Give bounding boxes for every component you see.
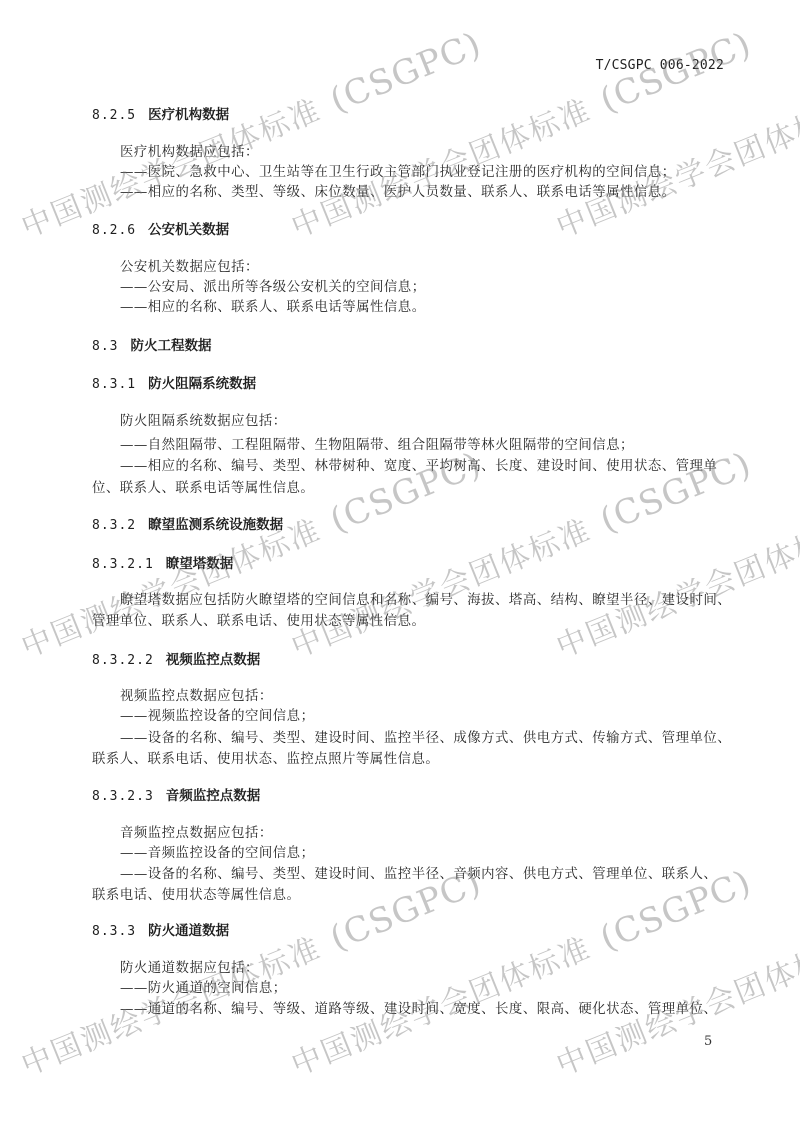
list-item: ——相应的名称、类型、等级、床位数量、医护人员数量、联系人、联系电话等属性信息。 (120, 181, 676, 200)
section-title: 医疗机构数据 (148, 107, 229, 123)
page-number: 5 (704, 1034, 712, 1049)
section-title: 音频监控点数据 (166, 788, 261, 804)
list-item: ——视频监控设备的空间信息； (120, 705, 314, 724)
section-title: 防火通道数据 (148, 923, 229, 939)
paragraph-line: 瞭望塔数据应包括防火瞭望塔的空间信息和名称、编号、海拔、塔高、结构、瞭望半径、建… (120, 589, 731, 608)
list-item: ——防火通道的空间信息； (120, 977, 287, 996)
list-item-continuation: 联系电话、使用状态等属性信息。 (92, 884, 300, 903)
document-page: T/CSGPC 006-2022 8.2.5医疗机构数据 医疗机构数据应包括： … (0, 0, 800, 1131)
watermark: 中国测绘学会团体标准(CSGPC) (284, 441, 757, 666)
section-title: 视频监控点数据 (166, 652, 261, 668)
section-heading-8-3-1: 8.3.1防火阻隔系统数据 (92, 372, 256, 392)
section-title: 瞭望塔数据 (166, 556, 234, 572)
watermark: 中国测绘学会团体标准(CSGPC) (14, 441, 487, 666)
section-title: 公安机关数据 (148, 222, 229, 238)
section-number: 8.3.2 (92, 518, 136, 533)
watermark: 中国测绘学会团体标准(CSGPC) (284, 859, 757, 1084)
list-item: ——通道的名称、编号、等级、道路等级、建设时间、宽度、长度、限高、硬化状态、管理… (120, 998, 717, 1017)
section-heading-8-3-2: 8.3.2瞭望监测系统设施数据 (92, 513, 283, 533)
paragraph-line: 防火阻隔系统数据应包括： (120, 410, 287, 429)
paragraph-line: 防火通道数据应包括： (120, 957, 259, 976)
section-title: 防火工程数据 (130, 338, 211, 354)
section-number: 8.3.3 (92, 924, 136, 939)
section-number: 8.2.6 (92, 223, 136, 238)
section-number: 8.3.1 (92, 377, 136, 392)
list-item: ——自然阻隔带、工程阻隔带、生物阻隔带、组合阻隔带等林火阻隔带的空间信息； (120, 434, 634, 453)
watermark: 中国测绘学会团体标准(CSGPC) (549, 859, 800, 1084)
paragraph-line: 公安机关数据应包括： (120, 256, 259, 275)
paragraph-line: 医疗机构数据应包括： (120, 141, 259, 160)
section-number: 8.3 (92, 339, 118, 354)
list-item: ——设备的名称、编号、类型、建设时间、监控半径、成像方式、供电方式、传输方式、管… (120, 727, 731, 746)
section-heading-8-2-6: 8.2.6公安机关数据 (92, 218, 229, 238)
watermark: 中国测绘学会团体标准(CSGPC) (549, 441, 800, 666)
list-item: ——音频监控设备的空间信息； (120, 842, 314, 861)
section-title: 防火阻隔系统数据 (148, 376, 256, 392)
section-heading-8-2-5: 8.2.5医疗机构数据 (92, 103, 229, 123)
section-heading-8-3-2-1: 8.3.2.1瞭望塔数据 (92, 552, 233, 572)
list-item: ——医院、急救中心、卫生站等在卫生行政主管部门执业登记注册的医疗机构的空间信息； (120, 161, 676, 180)
list-item-continuation: 联系人、联系电话、使用状态、监控点照片等属性信息。 (92, 748, 439, 767)
document-id: T/CSGPC 006-2022 (596, 58, 724, 73)
watermark: 中国测绘学会团体标准(CSGPC) (284, 21, 757, 246)
watermark: 中国测绘学会团体标准(CSGPC) (549, 21, 800, 246)
list-item: ——公安局、派出所等各级公安机关的空间信息； (120, 276, 426, 295)
section-number: 8.2.5 (92, 108, 136, 123)
section-heading-8-3: 8.3防火工程数据 (92, 334, 211, 354)
list-item: ——相应的名称、联系人、联系电话等属性信息。 (120, 296, 426, 315)
section-heading-8-3-2-2: 8.3.2.2视频监控点数据 (92, 648, 260, 668)
list-item-continuation: 位、联系人、联系电话等属性信息。 (92, 477, 314, 496)
paragraph-line: 音频监控点数据应包括： (120, 822, 273, 841)
section-number: 8.3.2.2 (92, 653, 154, 668)
section-number: 8.3.2.3 (92, 789, 154, 804)
section-heading-8-3-3: 8.3.3防火通道数据 (92, 919, 229, 939)
paragraph-continuation: 管理单位、联系人、联系电话、使用状态等属性信息。 (92, 610, 425, 629)
watermark: 中国测绘学会团体标准(CSGPC) (14, 21, 487, 246)
section-heading-8-3-2-3: 8.3.2.3音频监控点数据 (92, 784, 260, 804)
list-item: ——设备的名称、编号、类型、建设时间、监控半径、音频内容、供电方式、管理单位、联… (120, 863, 717, 882)
section-title: 瞭望监测系统设施数据 (148, 517, 283, 533)
section-number: 8.3.2.1 (92, 557, 154, 572)
paragraph-line: 视频监控点数据应包括： (120, 685, 273, 704)
list-item: ——相应的名称、编号、类型、林带树种、宽度、平均树高、长度、建设时间、使用状态、… (120, 455, 717, 474)
